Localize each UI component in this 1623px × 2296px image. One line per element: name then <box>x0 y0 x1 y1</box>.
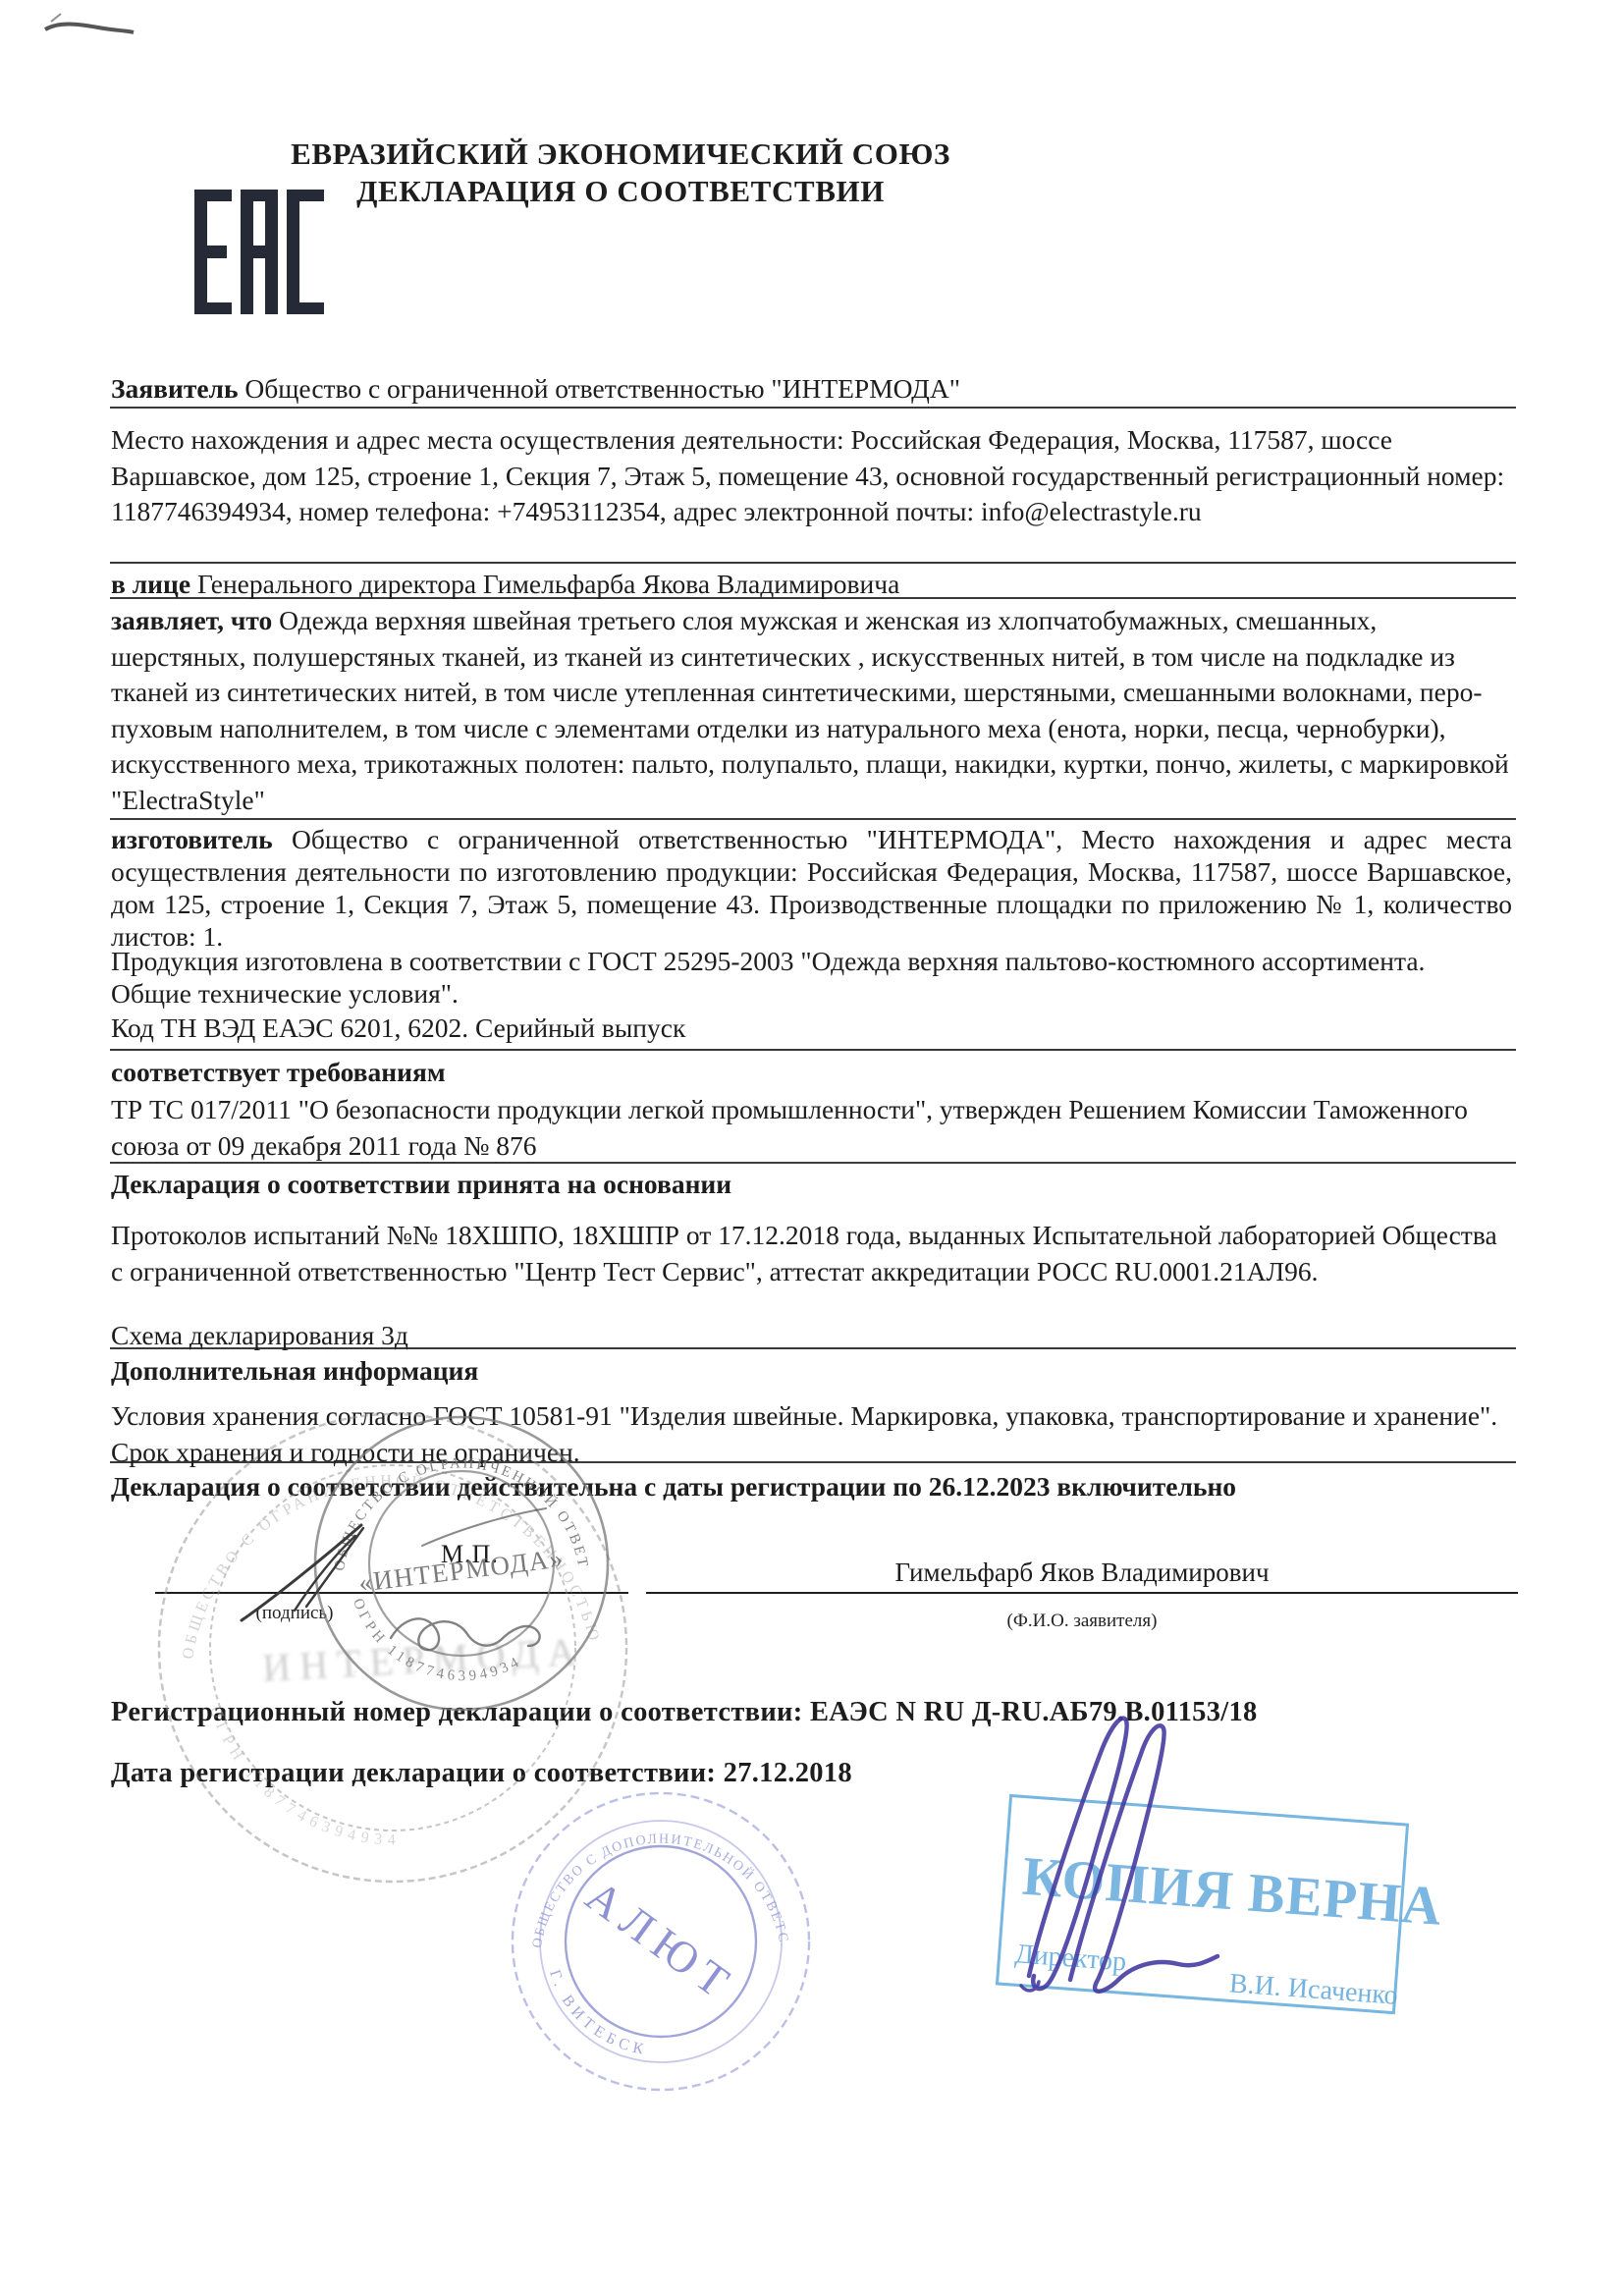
section-divider <box>110 1461 1516 1463</box>
manufacturer-value: Общество с ограниченной ответственностью… <box>111 824 1512 952</box>
applicant-value: Общество с ограниченной ответственностью… <box>244 373 960 404</box>
intermoda-ring-text-bottom: ОГРН 1187746394934 <box>350 1597 524 1684</box>
fio-caption: (Ф.И.О. заявителя) <box>646 1611 1518 1632</box>
additional-header: Дополнительная информация <box>111 1355 478 1387</box>
compliance-header: соответствует требованиям <box>111 1057 446 1088</box>
compliance-paragraph: ТР ТС 017/2011 "О безопасности продукции… <box>111 1092 1512 1164</box>
scan-smudge <box>0 0 1623 59</box>
manufacturer-paragraph: изготовитель Общество с ограниченной отв… <box>111 823 1512 953</box>
declaration-value: Одежда верхняя швейная третьего слоя муж… <box>111 605 1509 815</box>
applicant-label: Заявитель <box>111 373 239 404</box>
protocols-paragraph: Протоколов испытаний №№ 18ХШПО, 18ХШПР о… <box>111 1218 1512 1289</box>
declaration-label: заявляет, что <box>111 605 272 635</box>
production-paragraph: Продукция изготовлена в соответствии с Г… <box>111 945 1512 1010</box>
title-line-1: ЕВРАЗИЙСКИЙ ЭКОНОМИЧЕСКИЙ СОЮЗ <box>265 136 976 173</box>
in-face-value: Генерального директора Гимельфарба Якова… <box>197 569 899 599</box>
declaration-paragraph: заявляет, что Одежда верхняя швейная тре… <box>111 603 1512 818</box>
registration-number-line: Регистрационный номер декларации о соотв… <box>111 1697 1258 1728</box>
section-divider <box>110 597 1516 599</box>
alut-ring-text-bottom: Г. ВИТЕБСК <box>546 1968 650 2059</box>
registration-date-line: Дата регистрации декларации о соответств… <box>111 1758 852 1789</box>
section-divider <box>110 562 1516 564</box>
declaration-document: ЕВРАЗИЙСКИЙ ЭКОНОМИЧЕСКИЙ СОЮЗ ДЕКЛАРАЦИ… <box>0 0 1623 2296</box>
stamp-kopiya-verna: КОПИЯ ВЕРНА Директор В.И. Исаченко <box>998 1795 1448 2015</box>
seal-ornament <box>391 1618 540 1650</box>
kopiya-verna-name: В.И. Исаченко <box>1228 1968 1399 2011</box>
address-paragraph: Место нахождения и адрес места осуществл… <box>111 422 1512 530</box>
validity-line: Декларация о соответствии действительна … <box>111 1469 1512 1505</box>
manufacturer-label: изготовитель <box>111 824 273 854</box>
basis-header: Декларация о соответствии принята на осн… <box>111 1169 731 1200</box>
stamp-place-mark: М.П. <box>441 1540 499 1569</box>
svg-text:Г. ВИТЕБСК: Г. ВИТЕБСК <box>546 1968 650 2059</box>
ghost-stamp-text: ИНТЕРМОДА <box>261 1629 585 1690</box>
storage-paragraph: Условия хранения согласно ГОСТ 10581-91 … <box>111 1398 1512 1470</box>
section-divider <box>110 1049 1516 1051</box>
kopiya-verna-title: КОПИЯ ВЕРНА <box>1020 1846 1444 1938</box>
in-face-label: в лице <box>111 569 190 599</box>
section-divider <box>110 1162 1516 1164</box>
fio-line <box>646 1592 1518 1594</box>
signature-line <box>155 1592 628 1594</box>
page-title: ЕВРАЗИЙСКИЙ ЭКОНОМИЧЕСКИЙ СОЮЗ ДЕКЛАРАЦИ… <box>265 136 976 210</box>
kopiya-verna-role: Директор <box>1014 1939 1128 1977</box>
title-line-2: ДЕКЛАРАЦИЯ О СООТВЕТСТВИИ <box>265 173 976 210</box>
alut-center-text: АЛЮТ <box>577 1871 745 2012</box>
section-divider <box>110 1347 1516 1349</box>
section-divider <box>110 818 1516 820</box>
director-signature-ink <box>1021 1719 1217 1992</box>
svg-text:ОГРН 1187746394934: ОГРН 1187746394934 <box>350 1597 524 1684</box>
tn-ved-line: Код ТН ВЭД ЕАЭС 6201, 6202. Серийный вып… <box>111 1011 1512 1044</box>
applicant-fio: Гимельфарб Яков Владимирович <box>646 1558 1518 1588</box>
applicant-line: Заявитель Общество с ограниченной ответс… <box>111 371 1512 408</box>
section-divider <box>110 407 1516 409</box>
signature-caption: (подпись) <box>221 1603 368 1624</box>
